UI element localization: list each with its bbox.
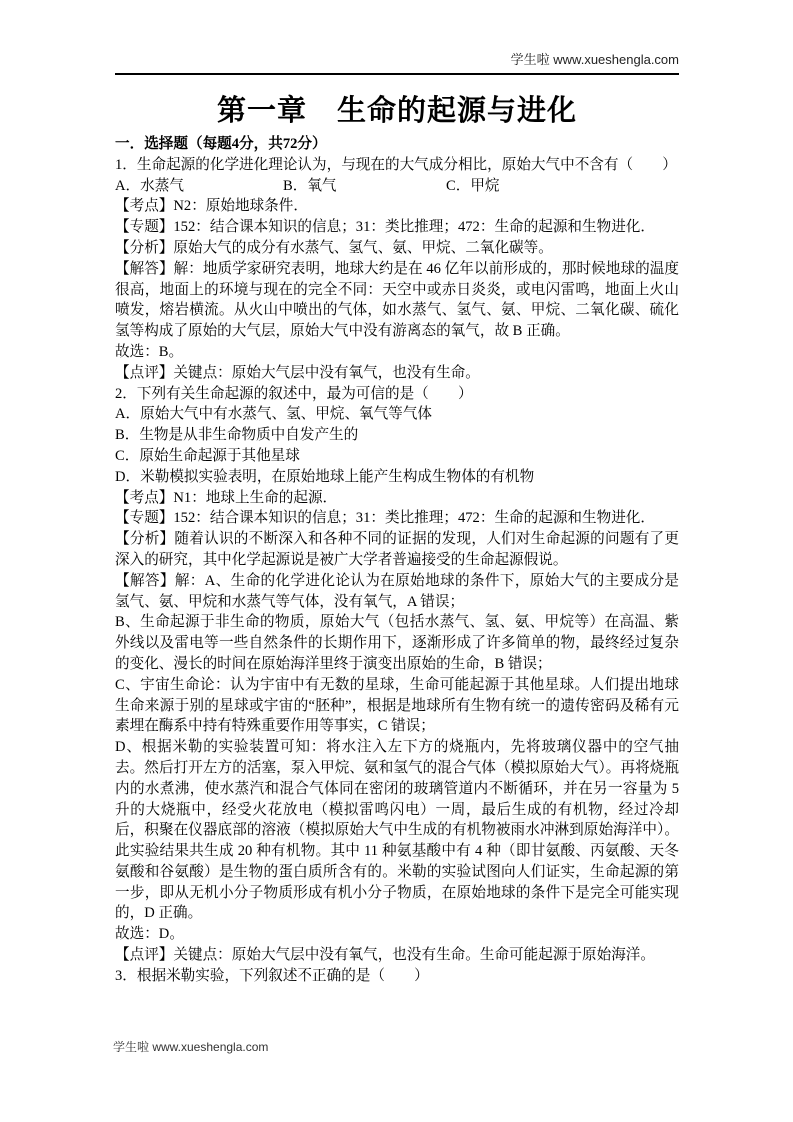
question-1-answer: 【解答】解：地质学家研究表明，地球大约是在 46 亿年以前形成的，那时候地球的温… bbox=[115, 259, 679, 342]
section-heading: 一．选择题（每题4分，共72分） bbox=[115, 134, 679, 155]
question-1-option-c: C．甲烷 bbox=[446, 176, 679, 197]
page-footer: 学生啦 www.xueshengla.com bbox=[113, 1040, 268, 1055]
question-2-answer-c: C、宇宙生命论：认为宇宙中有无数的星球，生命可能起源于其他星球。人们提出地球生命… bbox=[115, 675, 679, 737]
question-2-option-d: D．米勒模拟实验表明，在原始地球上能产生构成生物体的有机物 bbox=[115, 467, 679, 488]
question-1-stem: 1．生命起源的化学进化理论认为，与现在的大气成分相比，原始大气中不含有（ ） bbox=[115, 155, 679, 176]
question-2-answer-d: D、根据米勒的实验装置可知：将水注入左下方的烧瓶内，先将玻璃仪器中的空气抽去。然… bbox=[115, 737, 679, 924]
question-3: 3．根据米勒实验，下列叙述不正确的是（ ） bbox=[115, 966, 679, 987]
question-2: 2．下列有关生命起源的叙述中，最为可信的是（ ） A．原始大气中有水蒸气、氢、甲… bbox=[115, 384, 679, 966]
question-2-topic: 【专题】152：结合课本知识的信息；31：类比推理；472：生命的起源和生物进化… bbox=[115, 508, 679, 529]
question-1-analysis: 【分析】原始大气的成分有水蒸气、氢气、氨、甲烷、二氧化碳等。 bbox=[115, 238, 679, 259]
question-2-comment: 【点评】关键点：原始大气层中没有氧气，也没有生命。生命可能起源于原始海洋。 bbox=[115, 945, 679, 966]
footer-site-label: 学生啦 www.xueshengla.com bbox=[113, 1040, 268, 1054]
question-1-choice: 故选：B。 bbox=[115, 342, 679, 363]
question-1-options: A．水蒸气 B．氧气 C．甲烷 bbox=[115, 176, 679, 197]
question-2-option-c: C．原始生命起源于其他星球 bbox=[115, 446, 679, 467]
question-2-analysis: 【分析】随着认识的不断深入和各种不同的证据的发现，人们对生命起源的问题有了更深入… bbox=[115, 529, 679, 571]
question-1: 1．生命起源的化学进化理论认为，与现在的大气成分相比，原始大气中不含有（ ） A… bbox=[115, 155, 679, 384]
question-2-option-b: B．生物是从非生命物质中自发产生的 bbox=[115, 425, 679, 446]
question-1-option-a: A．水蒸气 bbox=[115, 176, 283, 197]
question-1-exam-point: 【考点】N2：原始地球条件． bbox=[115, 196, 679, 217]
chapter-title: 第一章 生命的起源与进化 bbox=[115, 92, 679, 130]
page-header: 学生啦 www.xueshengla.com bbox=[115, 0, 679, 75]
question-1-option-b: B．氧气 bbox=[283, 176, 446, 197]
question-2-answer-b: B、生命起源于非生命的物质，原始大气（包括水蒸气、氢、氨、甲烷等）在高温、紫外线… bbox=[115, 612, 679, 674]
header-site-label: 学生啦 www.xueshengla.com bbox=[511, 52, 679, 67]
question-2-option-a: A．原始大气中有水蒸气、氢、甲烷、氧气等气体 bbox=[115, 404, 679, 425]
question-1-comment: 【点评】关键点：原始大气层中没有氧气，也没有生命。 bbox=[115, 363, 679, 384]
document-content: 第一章 生命的起源与进化 一．选择题（每题4分，共72分） 1．生命起源的化学进… bbox=[115, 92, 679, 987]
document-page: 学生啦 www.xueshengla.com 第一章 生命的起源与进化 一．选择… bbox=[0, 0, 793, 1122]
question-3-stem: 3．根据米勒实验，下列叙述不正确的是（ ） bbox=[115, 966, 679, 987]
question-2-stem: 2．下列有关生命起源的叙述中，最为可信的是（ ） bbox=[115, 384, 679, 405]
question-2-answer-a: 【解答】解：A、生命的化学进化论认为在原始地球的条件下，原始大气的主要成分是氢气… bbox=[115, 571, 679, 613]
question-2-exam-point: 【考点】N1：地球上生命的起源． bbox=[115, 488, 679, 509]
question-1-topic: 【专题】152：结合课本知识的信息；31：类比推理；472：生命的起源和生物进化… bbox=[115, 217, 679, 238]
question-2-choice: 故选：D。 bbox=[115, 924, 679, 945]
